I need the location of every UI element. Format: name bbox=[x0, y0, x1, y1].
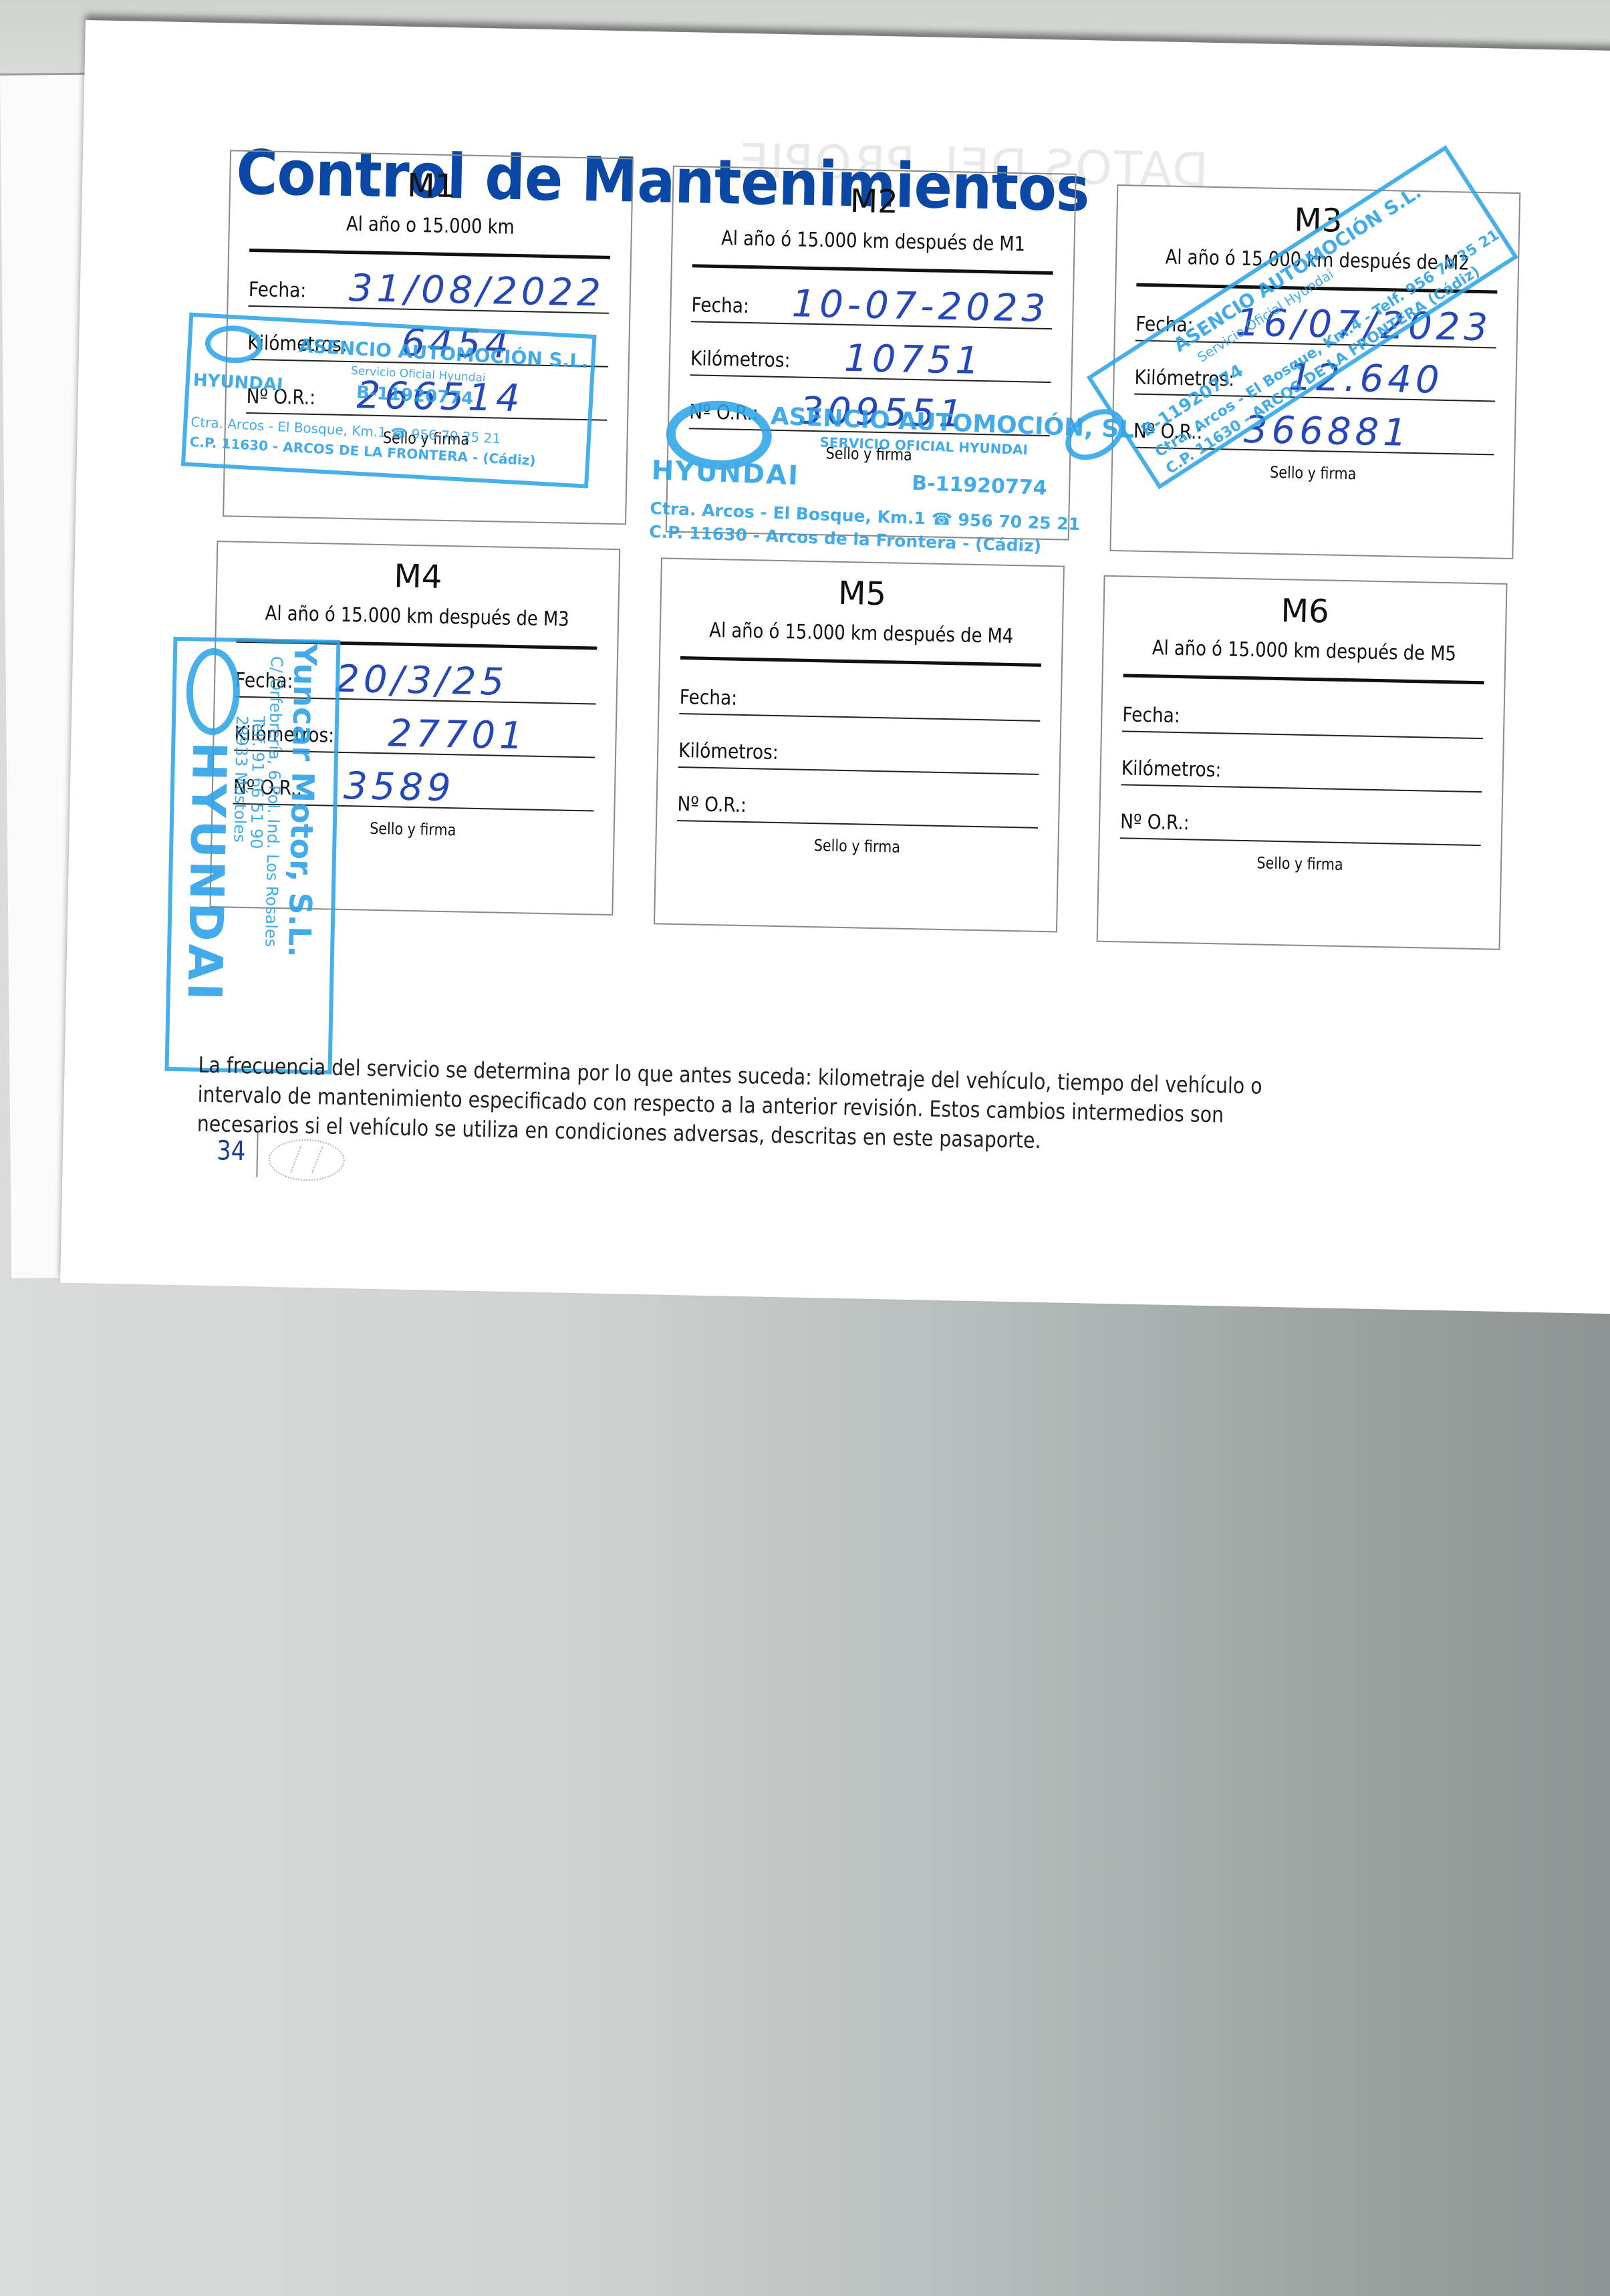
km-field[interactable]: Kilómetros: 10751 bbox=[690, 334, 1051, 383]
service-interval: Al año ó 15.000 km después de M3 bbox=[245, 601, 590, 631]
maintenance-page: DATOS DEL PROPIE Control de Mantenimient… bbox=[60, 20, 1610, 1314]
service-code: M5 bbox=[662, 571, 1063, 616]
stamp-company: ASENCIO AUTOMOCIÓN S.L. bbox=[298, 335, 589, 373]
service-interval: Al año ó 15.000 km después de M1 bbox=[700, 227, 1046, 257]
date-label: Fecha: bbox=[691, 293, 749, 318]
sign-label: Sello y firma bbox=[684, 833, 1029, 859]
stamp-brand: HYUNDAI bbox=[192, 370, 283, 395]
date-field[interactable]: Fecha: 10-07-2023 bbox=[691, 281, 1053, 329]
stamp-company: Yuncar Motor, S.L. bbox=[281, 643, 323, 958]
service-code: M4 bbox=[217, 554, 619, 599]
or-field[interactable]: Nº O.R.: bbox=[677, 780, 1039, 829]
date-label: Fecha: bbox=[1122, 703, 1180, 728]
dealer-stamp-m2: ASENCIO AUTOMOCIÓN, SL SERVICIO OFICIAL … bbox=[649, 398, 1122, 563]
km-label: Kilómetros: bbox=[678, 739, 779, 764]
divider bbox=[692, 264, 1053, 275]
dealer-stamp-m4: HYUNDAI Yuncar Motor, S.L. C/ Orfebrería… bbox=[164, 637, 340, 1074]
stamp-brand: HYUNDAI bbox=[651, 455, 800, 491]
or-label: Nº O.R.: bbox=[677, 793, 747, 817]
service-interval: Al año ó 15.000 km después de M4 bbox=[689, 618, 1035, 648]
hyundai-logo-icon bbox=[204, 324, 263, 365]
stamp-cif: B-11920774 bbox=[356, 383, 474, 410]
service-frequency-note: La frecuencia del servicio se determina … bbox=[196, 1050, 1290, 1161]
service-interval: Al año o 15.000 km bbox=[258, 210, 603, 241]
or-value: 3589 bbox=[343, 764, 455, 810]
date-field[interactable]: Fecha: 31/08/2022 bbox=[248, 265, 610, 314]
km-label: Kilómetros: bbox=[690, 347, 791, 372]
divider bbox=[249, 249, 610, 259]
date-label: Fecha: bbox=[679, 686, 737, 710]
or-label: Nº O.R.: bbox=[1120, 810, 1190, 835]
divider bbox=[256, 1133, 258, 1177]
service-code: M1 bbox=[231, 163, 632, 208]
sign-label: Sello y firma bbox=[1127, 851, 1472, 877]
stamp-brand: HYUNDAI bbox=[177, 741, 237, 1004]
service-card-m5: M5 Al año ó 15.000 km después de M4 Fech… bbox=[654, 557, 1065, 932]
hyundai-logo-icon bbox=[268, 1139, 345, 1181]
date-value: 20/3/25 bbox=[336, 658, 509, 704]
date-value: 10-07-2023 bbox=[791, 282, 1050, 331]
page-number: 34 bbox=[217, 1135, 246, 1167]
service-code: M6 bbox=[1104, 589, 1506, 634]
date-field[interactable]: Fecha: bbox=[679, 673, 1041, 722]
date-value: 31/08/2022 bbox=[348, 267, 605, 315]
dealer-stamp-m1: ASENCIO AUTOMOCIÓN S.L. Servicio Oficial… bbox=[181, 313, 597, 488]
stamp-city: 28933 Móstoles bbox=[230, 716, 251, 843]
stamp-subtitle: Servicio Oficial Hyundai bbox=[350, 364, 486, 385]
stamp-cif: B-11920774 bbox=[912, 472, 1047, 500]
divider bbox=[680, 656, 1041, 667]
service-code: M2 bbox=[673, 179, 1075, 225]
km-label: Kilómetros: bbox=[1121, 756, 1221, 782]
service-interval: Al año ó 15.000 km después de M5 bbox=[1131, 636, 1477, 666]
km-value: 10751 bbox=[843, 337, 983, 383]
km-field[interactable]: Kilómetros: bbox=[678, 726, 1040, 775]
service-card-m6: M6 Al año ó 15.000 km después de M5 Fech… bbox=[1097, 575, 1508, 950]
date-field[interactable]: Fecha: bbox=[1122, 690, 1484, 739]
divider bbox=[1123, 674, 1484, 684]
km-field[interactable]: Kilómetros: bbox=[1121, 744, 1482, 793]
or-field[interactable]: Nº O.R.: bbox=[1120, 797, 1482, 846]
km-value: 27701 bbox=[388, 712, 527, 758]
date-label: Fecha: bbox=[249, 278, 307, 303]
